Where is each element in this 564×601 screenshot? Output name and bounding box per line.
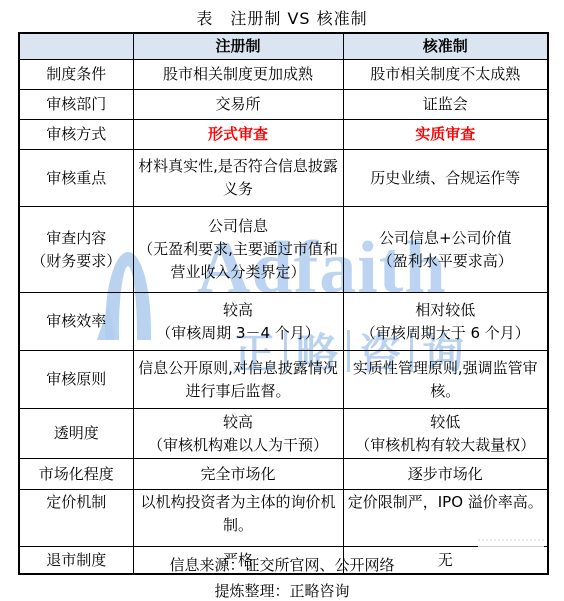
approval-cell: 历史业绩、合规运作等 <box>343 150 548 207</box>
registration-cell: 形式审查 <box>133 120 343 150</box>
registration-cell: 材料真实性,是否符合信息披露义务 <box>133 150 343 207</box>
table-row: 审核部门 交易所 证监会 <box>19 90 548 120</box>
corner-watermark-remnant <box>478 539 544 554</box>
compiled-caption: 提炼整理：正略咨询 <box>0 578 564 601</box>
table-row: 市场化程度 完全市场化 逐步市场化 <box>19 459 548 490</box>
registration-cell: 完全市场化 <box>133 459 343 490</box>
table-row: 审核重点 材料真实性,是否符合信息披露义务 历史业绩、合规运作等 <box>19 150 548 207</box>
row-label: 审核方式 <box>19 120 133 150</box>
row-label: 定价机制 <box>19 490 133 547</box>
table-row: 透明度 较高 （审核机构难以人为干预） 较低 （审核机构有较大裁量权） <box>19 409 548 459</box>
approval-cell: 股市相关制度不太成熟 <box>343 60 548 90</box>
comparison-table: 注册制 核准制 制度条件 股市相关制度更加成熟 股市相关制度不太成熟 审核部门 … <box>18 32 549 575</box>
registration-cell: 信息公开原则,对信息披露情况进行事后监督。 <box>133 351 343 409</box>
table-row: 审核方式 形式审查 实质审查 <box>19 120 548 150</box>
row-label: 审核原则 <box>19 351 133 409</box>
registration-cell: 股市相关制度更加成熟 <box>133 60 343 90</box>
header-registration: 注册制 <box>133 33 343 60</box>
row-label: 审核重点 <box>19 150 133 207</box>
table-row: 制度条件 股市相关制度更加成熟 股市相关制度不太成熟 <box>19 60 548 90</box>
row-label: 透明度 <box>19 409 133 459</box>
source-caption: 信息来源：证交所官网、公开网络 <box>0 552 564 578</box>
registration-cell: 公司信息 （无盈利要求,主要通过市值和营业收入分类界定） <box>133 207 343 293</box>
table-row: 审查内容 （财务要求） 公司信息 （无盈利要求,主要通过市值和营业收入分类界定）… <box>19 207 548 293</box>
approval-cell: 定价限制严，IPO 溢价率高。 <box>343 490 548 547</box>
table-captions: 信息来源：证交所官网、公开网络 提炼整理：正略咨询 <box>0 552 564 601</box>
approval-cell: 实质审查 <box>343 120 548 150</box>
registration-cell: 以机构投资者为主体的询价机制。 <box>133 490 343 547</box>
row-label: 审核效率 <box>19 293 133 351</box>
approval-cell: 证监会 <box>343 90 548 120</box>
approval-cell: 逐步市场化 <box>343 459 548 490</box>
table-row: 审核原则 信息公开原则,对信息披露情况进行事后监督。 实质性管理原则,强调监管审… <box>19 351 548 409</box>
approval-cell: 实质性管理原则,强调监管审核。 <box>343 351 548 409</box>
approval-cell: 相对较低 （审核周期大于 6 个月） <box>343 293 548 351</box>
table-row: 审核效率 较高 （审核周期 3－4 个月） 相对较低 （审核周期大于 6 个月） <box>19 293 548 351</box>
document-page: 表 注册制 VS 核准制 Adfaith 正 略 咨 询 注册制 核准制 <box>0 0 564 601</box>
header-approval: 核准制 <box>343 33 548 60</box>
registration-cell: 交易所 <box>133 90 343 120</box>
header-row: 注册制 核准制 <box>19 33 548 60</box>
registration-cell: 较高 （审核周期 3－4 个月） <box>133 293 343 351</box>
table-row: 定价机制 以机构投资者为主体的询价机制。 定价限制严，IPO 溢价率高。 <box>19 490 548 547</box>
header-empty-cell <box>19 33 133 60</box>
registration-cell: 较高 （审核机构难以人为干预） <box>133 409 343 459</box>
approval-cell: 较低 （审核机构有较大裁量权） <box>343 409 548 459</box>
row-label: 审查内容 （财务要求） <box>19 207 133 293</box>
row-label: 制度条件 <box>19 60 133 90</box>
table-title: 表 注册制 VS 核准制 <box>0 6 564 29</box>
approval-cell: 公司信息+公司价值 （盈利水平要求高） <box>343 207 548 293</box>
row-label: 市场化程度 <box>19 459 133 490</box>
row-label: 审核部门 <box>19 90 133 120</box>
